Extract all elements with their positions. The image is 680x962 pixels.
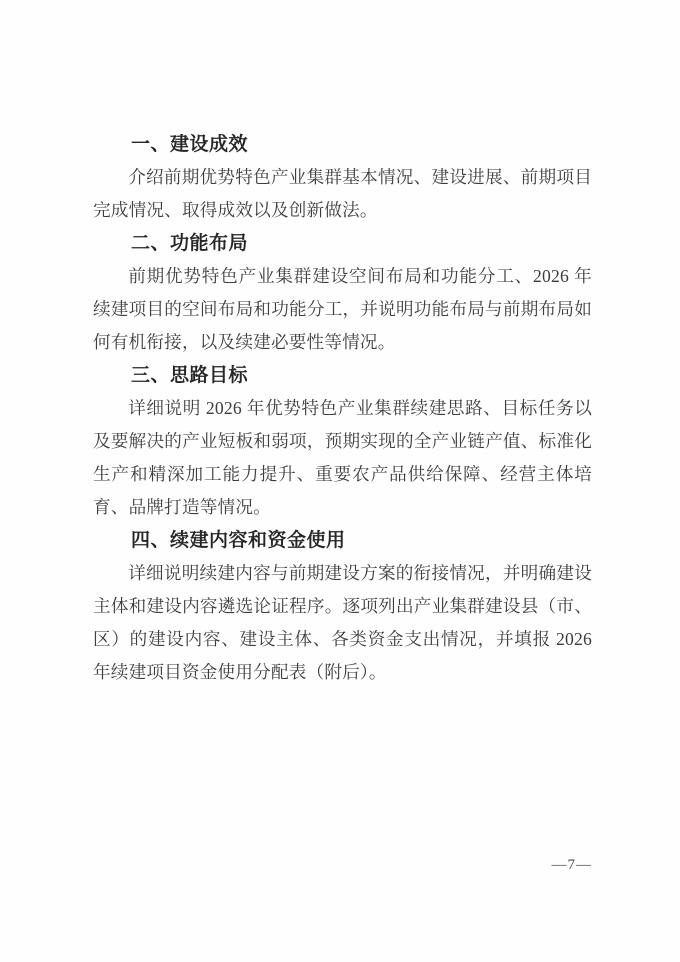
document-body: 一、建设成效 介绍前期优势特色产业集群基本情况、建设进展、前期项目完成情况、取得…: [93, 128, 592, 689]
section-funding: 四、续建内容和资金使用 详细说明续建内容与前期建设方案的衔接情况，并明确建设主体…: [93, 524, 592, 689]
section-heading: 四、续建内容和资金使用: [93, 524, 592, 557]
section-goals: 三、思路目标 详细说明 2026 年优势特色产业集群续建思路、目标任务以及要解决…: [93, 359, 592, 524]
section-heading: 一、建设成效: [93, 128, 592, 161]
section-paragraph: 前期优势特色产业集群建设空间布局和功能分工、2026 年续建项目的空间布局和功能…: [93, 260, 592, 359]
section-construction-results: 一、建设成效 介绍前期优势特色产业集群基本情况、建设进展、前期项目完成情况、取得…: [93, 128, 592, 227]
section-paragraph: 介绍前期优势特色产业集群基本情况、建设进展、前期项目完成情况、取得成效以及创新做…: [93, 161, 592, 227]
section-paragraph: 详细说明续建内容与前期建设方案的衔接情况，并明确建设主体和建设内容遴选论证程序。…: [93, 557, 592, 689]
section-heading: 三、思路目标: [93, 359, 592, 392]
section-heading: 二、功能布局: [93, 227, 592, 260]
section-functional-layout: 二、功能布局 前期优势特色产业集群建设空间布局和功能分工、2026 年续建项目的…: [93, 227, 592, 359]
page-number: —7—: [552, 855, 593, 875]
document-page: 一、建设成效 介绍前期优势特色产业集群基本情况、建设进展、前期项目完成情况、取得…: [0, 0, 680, 962]
section-paragraph: 详细说明 2026 年优势特色产业集群续建思路、目标任务以及要解决的产业短板和弱…: [93, 392, 592, 524]
